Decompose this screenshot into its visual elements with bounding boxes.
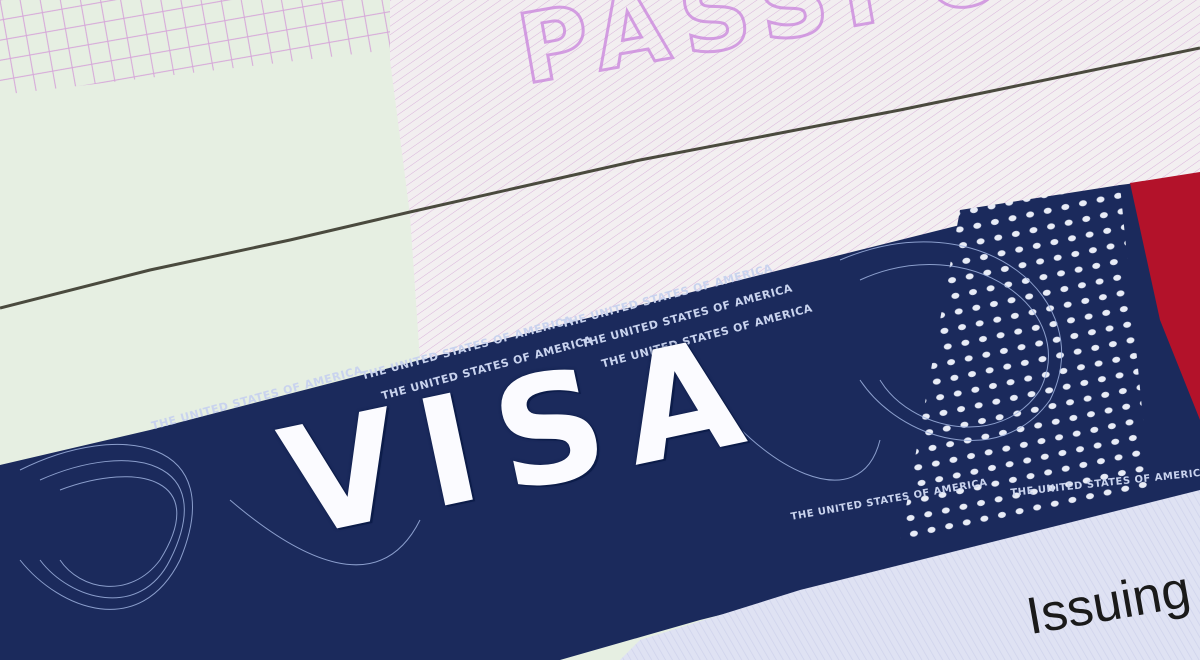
visa-photo: PASSPORT THE UNITED STATES OF AMERICA TH… — [0, 0, 1200, 660]
background-art — [0, 0, 1200, 660]
